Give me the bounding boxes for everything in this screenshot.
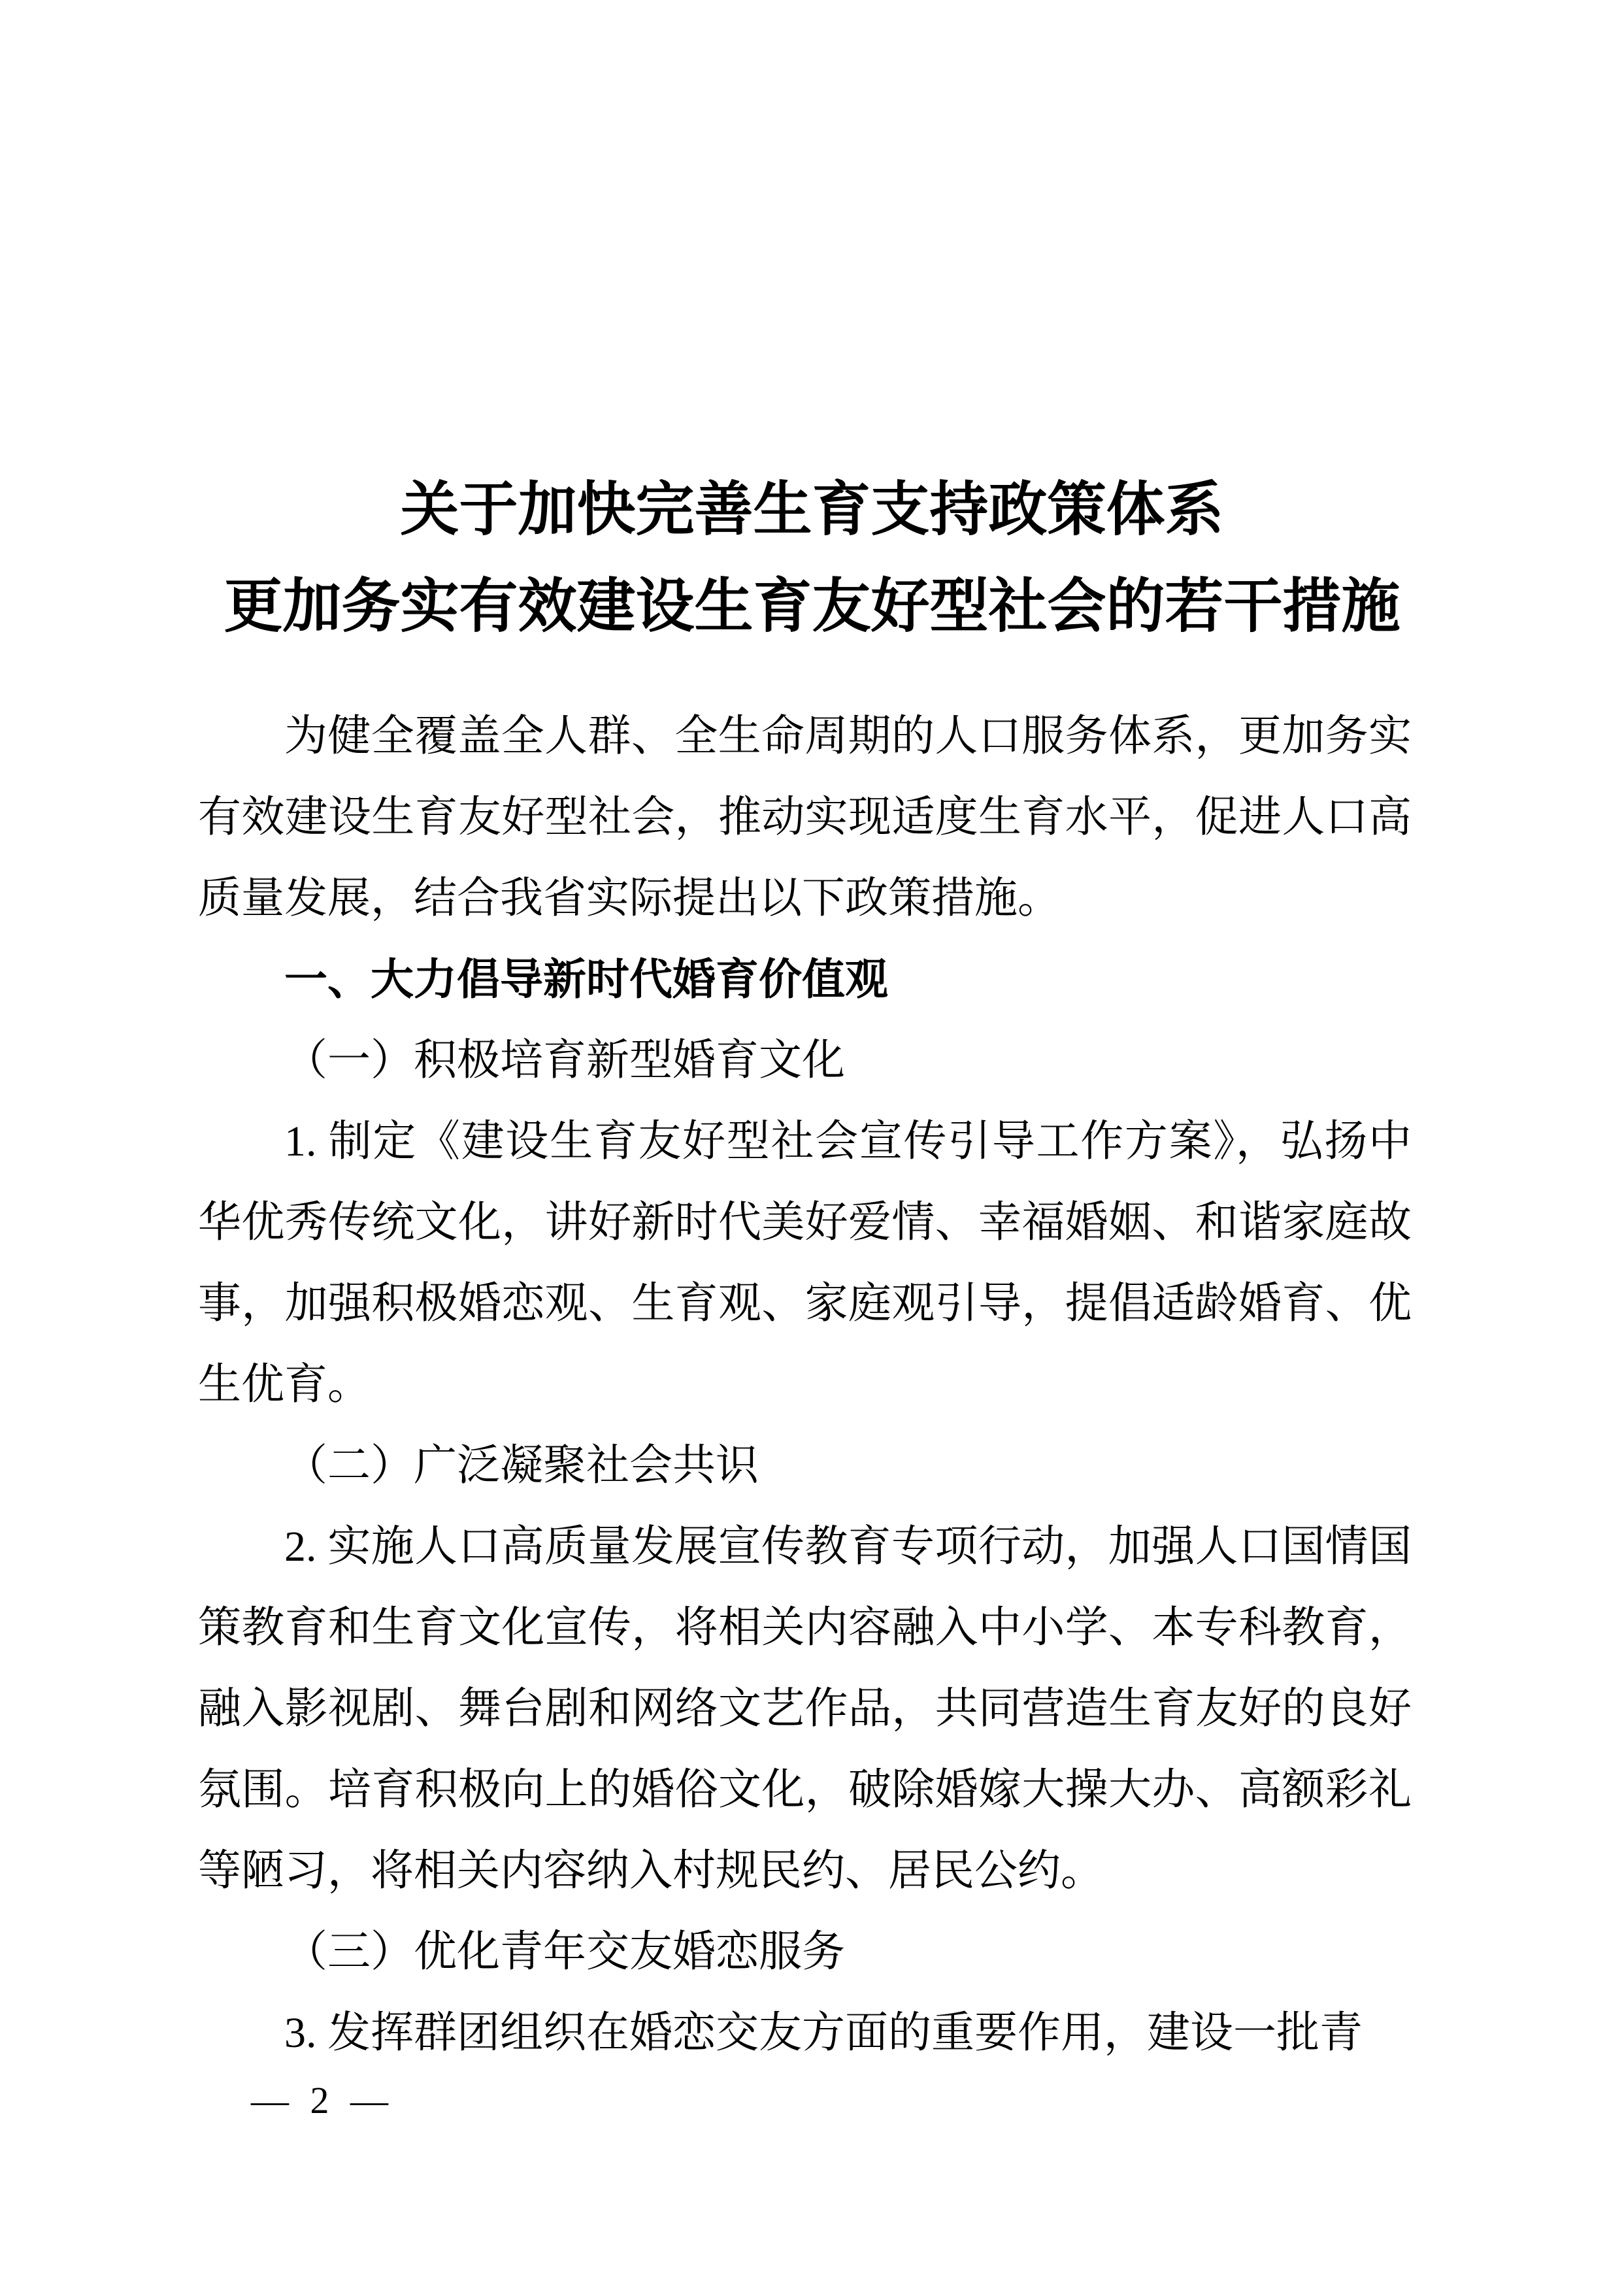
page-number-footer: — 2 — <box>251 2078 388 2123</box>
document-body: 为健全覆盖全人群、全生命周期的人口服务体系，更加务实有效建设生育友好型社会，推动… <box>198 696 1412 2074</box>
body-paragraph: 2. 实施人口高质量发展宣传教育专项行动，加强人口国情国策教育和生育文化宣传，将… <box>198 1506 1412 1912</box>
document-title: 关于加快完善生育支持政策体系 更加务实有效建设生育友好型社会的若干措施 <box>0 462 1624 656</box>
body-paragraph: 1. 制定《建设生育友好型社会宣传引导工作方案》，弘扬中华优秀传统文化，讲好新时… <box>198 1101 1412 1425</box>
subsection-heading: （一）积极培育新型婚育文化 <box>198 1020 1412 1101</box>
section-heading: 一、大力倡导新时代婚育价值观 <box>198 939 1412 1020</box>
document-title-line-1: 关于加快完善生育支持政策体系 <box>0 462 1624 559</box>
body-paragraph: 3. 发挥群团组织在婚恋交友方面的重要作用，建设一批青 <box>198 1993 1412 2074</box>
subsection-heading: （三）优化青年交友婚恋服务 <box>198 1912 1412 1993</box>
body-paragraph: 为健全覆盖全人群、全生命周期的人口服务体系，更加务实有效建设生育友好型社会，推动… <box>198 696 1412 939</box>
document-title-line-2: 更加务实有效建设生育友好型社会的若干措施 <box>0 559 1624 656</box>
document-page: 关于加快完善生育支持政策体系 更加务实有效建设生育友好型社会的若干措施 为健全覆… <box>0 0 1624 2296</box>
subsection-heading: （二）广泛凝聚社会共识 <box>198 1425 1412 1506</box>
